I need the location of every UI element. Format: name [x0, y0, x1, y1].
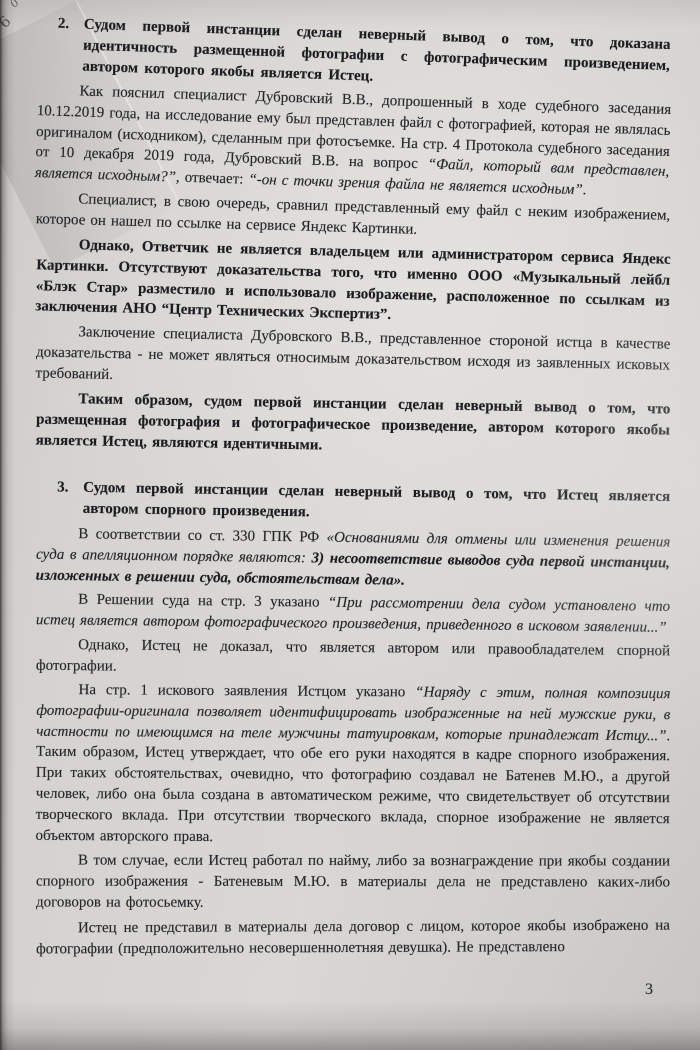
paragraph-authorship-not-proven: Однако, Истец не доказал, что является а…	[36, 634, 670, 682]
section-3-heading-text: Судом первой инстанции сделан неверный в…	[83, 478, 671, 529]
paragraph-no-model-agreement: Истец не представил в материалы дела дог…	[36, 915, 670, 959]
paragraph-gpk-330: В соответствии со ст. 330 ГПК РФ «Основа…	[36, 523, 671, 594]
text-run: , отвечает:	[176, 170, 249, 188]
text-run: Как пояснил специалист Дубровский В.В., …	[35, 84, 671, 173]
section-3-number: 3.	[57, 477, 84, 519]
text-run: На стр. 1 искового заявления Истцом указ…	[78, 682, 415, 700]
paragraph-court-decision-quote: В Решении суда на стр. 3 указано “При ра…	[36, 589, 670, 638]
text-run: .	[582, 183, 586, 199]
paragraph-defendant-not-owner: Однако, Ответчик не является владельцем …	[35, 234, 671, 333]
paragraph-claim-quote-and-analysis: На стр. 1 искового заявления Истцом указ…	[35, 680, 670, 851]
section-3-heading: 3. Судом первой инстанции сделан неверны…	[36, 477, 671, 529]
paragraph-no-contracts: В том случае, если Истец работал по найм…	[36, 851, 670, 914]
section-2-number: 2.	[56, 14, 84, 77]
text-run: В Решении суда на стр. 3 указано	[78, 592, 328, 611]
paragraph-expert-conclusion: Заключение специалиста Дубровского В.В.,…	[35, 322, 670, 398]
paragraph-section-2-conclusion: Таким образом, судом первой инстанции сд…	[36, 388, 671, 461]
text-run: . Таким образом, Истец утверждает, что о…	[35, 728, 670, 845]
photographed-document-page: 0 6 2. Судом первой инстанции сделан нев…	[0, 0, 700, 1050]
page-number: 3	[645, 981, 653, 999]
text-run: В соответствии со ст. 330 ГПК РФ	[78, 526, 326, 545]
document-body: 2. Судом первой инстанции сделан неверны…	[0, 24, 700, 961]
corner-pen-mark: 0	[8, 0, 21, 11]
paragraph-specialist-testimony: Как пояснил специалист Дубровский В.В., …	[35, 80, 672, 204]
